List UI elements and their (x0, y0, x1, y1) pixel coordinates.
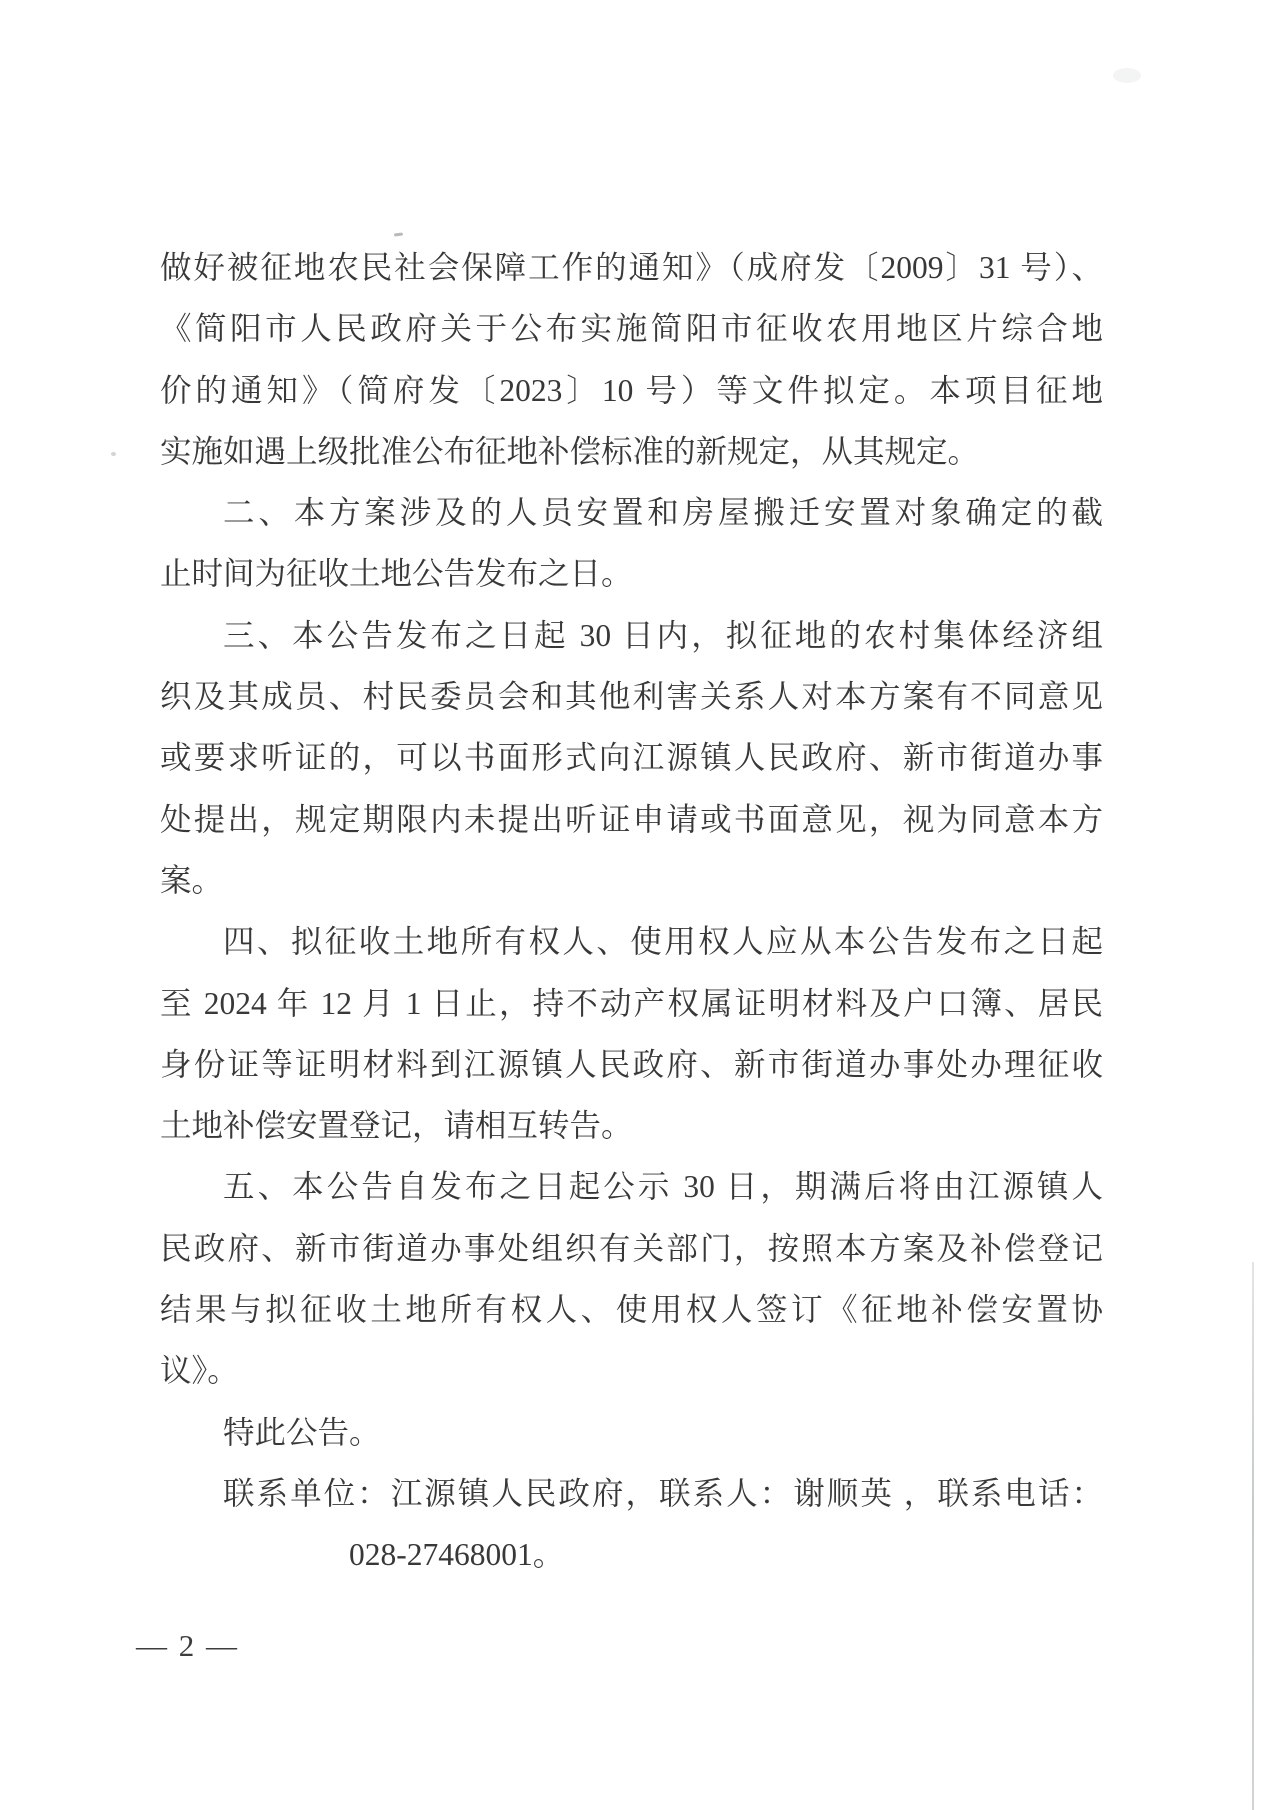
scanned-document-page: 做好被征地农民社会保障工作的通知》（成府发〔2009〕31 号）、《简阳市人民政… (0, 0, 1280, 1810)
text-line: 议》。 (160, 1340, 1103, 1401)
scan-artifact-vertical-line (1252, 1262, 1254, 1810)
text-line: 案。 (160, 850, 1103, 911)
scan-artifact-speck (111, 452, 116, 456)
text-line: 特此公告。 (160, 1402, 1103, 1463)
text-line: 或要求听证的，可以书面形式向江源镇人民政府、新市街道办事 (160, 727, 1103, 788)
scan-artifact-speck (394, 232, 403, 236)
text-line: 联系单位：江源镇人民政府，联系人：谢顺英 ，联系电话： (160, 1463, 1103, 1524)
text-line: 五、本公告自发布之日起公示 30 日，期满后将由江源镇人 (160, 1156, 1103, 1217)
text-line: 止时间为征收土地公告发布之日。 (160, 543, 1103, 604)
text-line: 身份证等证明材料到江源镇人民政府、新市街道办事处办理征收 (160, 1034, 1103, 1095)
text-line: 三、本公告发布之日起 30 日内，拟征地的农村集体经济组 (160, 605, 1103, 666)
text-line: 《简阳市人民政府关于公布实施简阳市征收农用地区片综合地 (160, 298, 1103, 359)
text-line: 价的通知》（简府发〔2023〕10 号）等文件拟定。本项目征地 (160, 360, 1103, 421)
scan-artifact-smudge (1113, 68, 1141, 83)
document-body: 做好被征地农民社会保障工作的通知》（成府发〔2009〕31 号）、《简阳市人民政… (160, 237, 1103, 1586)
text-line: 织及其成员、村民委员会和其他利害关系人对本方案有不同意见 (160, 666, 1103, 727)
page-number: — 2 — (136, 1622, 239, 1670)
text-line: 民政府、新市街道办事处组织有关部门，按照本方案及补偿登记 (160, 1218, 1103, 1279)
text-line: 处提出，规定期限内未提出听证申请或书面意见，视为同意本方 (160, 789, 1103, 850)
text-line: 至 2024 年 12 月 1 日止，持不动产权属证明材料及户口簿、居民 (160, 973, 1103, 1034)
text-line: 028-27468001。 (160, 1524, 1103, 1585)
text-line: 结果与拟征收土地所有权人、使用权人签订《征地补偿安置协 (160, 1279, 1103, 1340)
text-line: 做好被征地农民社会保障工作的通知》（成府发〔2009〕31 号）、 (160, 237, 1103, 298)
text-line: 二、本方案涉及的人员安置和房屋搬迁安置对象确定的截 (160, 482, 1103, 543)
text-line: 土地补偿安置登记，请相互转告。 (160, 1095, 1103, 1156)
text-line: 四、拟征收土地所有权人、使用权人应从本公告发布之日起 (160, 911, 1103, 972)
text-line: 实施如遇上级批准公布征地补偿标准的新规定，从其规定。 (160, 421, 1103, 482)
